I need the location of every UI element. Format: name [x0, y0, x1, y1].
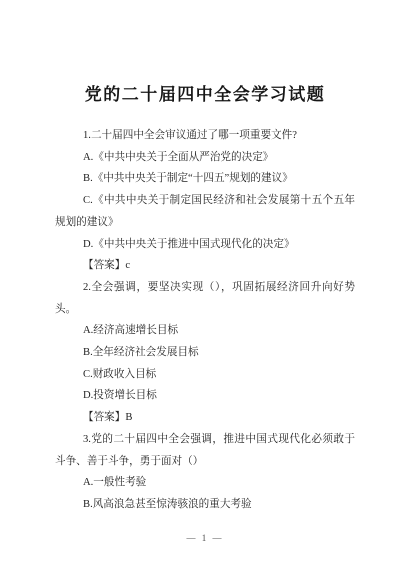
questions-list: 1.二十届四中全会审议通过了哪一项重要文件?A.《中共中央关于全面从严治党的决定…: [55, 125, 355, 516]
document-title: 党的二十届四中全会学习试题: [0, 84, 410, 106]
option-item: A.《中共中央关于全面从严治党的决定》: [55, 147, 355, 169]
answer-line: 【答案】c: [55, 255, 355, 277]
option-item: D.《中共中央关于推进中国式现代化的决定》: [55, 234, 355, 256]
question-block: 2.全会强调，要坚决实现（），巩固拓展经济回升向好势头。A.经济高速增长目标B.…: [55, 277, 355, 429]
question-block: 3.党的二十届四中全会强调，推进中国式现代化必须敢于斗争、善于斗争，勇于面对（）…: [55, 429, 355, 516]
answer-line: 【答案】B: [55, 407, 355, 429]
option-item: A.经济高速增长目标: [55, 320, 355, 342]
document-page: 党的二十届四中全会学习试题 1.二十届四中全会审议通过了哪一项重要文件?A.《中…: [0, 0, 410, 580]
question-stem: 3.党的二十届四中全会强调，推进中国式现代化必须敢于斗争、善于斗争，勇于面对（）: [55, 429, 355, 472]
question-stem: 2.全会强调，要坚决实现（），巩固拓展经济回升向好势头。: [55, 277, 355, 320]
option-item: B.全年经济社会发展目标: [55, 342, 355, 364]
page-number: — 1 —: [0, 533, 410, 543]
question-block: 1.二十届四中全会审议通过了哪一项重要文件?A.《中共中央关于全面从严治党的决定…: [55, 125, 355, 277]
option-item: C.《中共中央关于制定国民经济和社会发展第十五个五年规划的建议》: [55, 190, 355, 233]
option-item: B.《中共中央关于制定“十四五”规划的建议》: [55, 168, 355, 190]
option-item: D.投资增长目标: [55, 385, 355, 407]
question-stem: 1.二十届四中全会审议通过了哪一项重要文件?: [55, 125, 355, 147]
option-item: B.风高浪急甚至惊涛骇浪的重大考验: [55, 494, 355, 516]
option-item: C.财政收入目标: [55, 364, 355, 386]
option-item: A.一般性考验: [55, 472, 355, 494]
